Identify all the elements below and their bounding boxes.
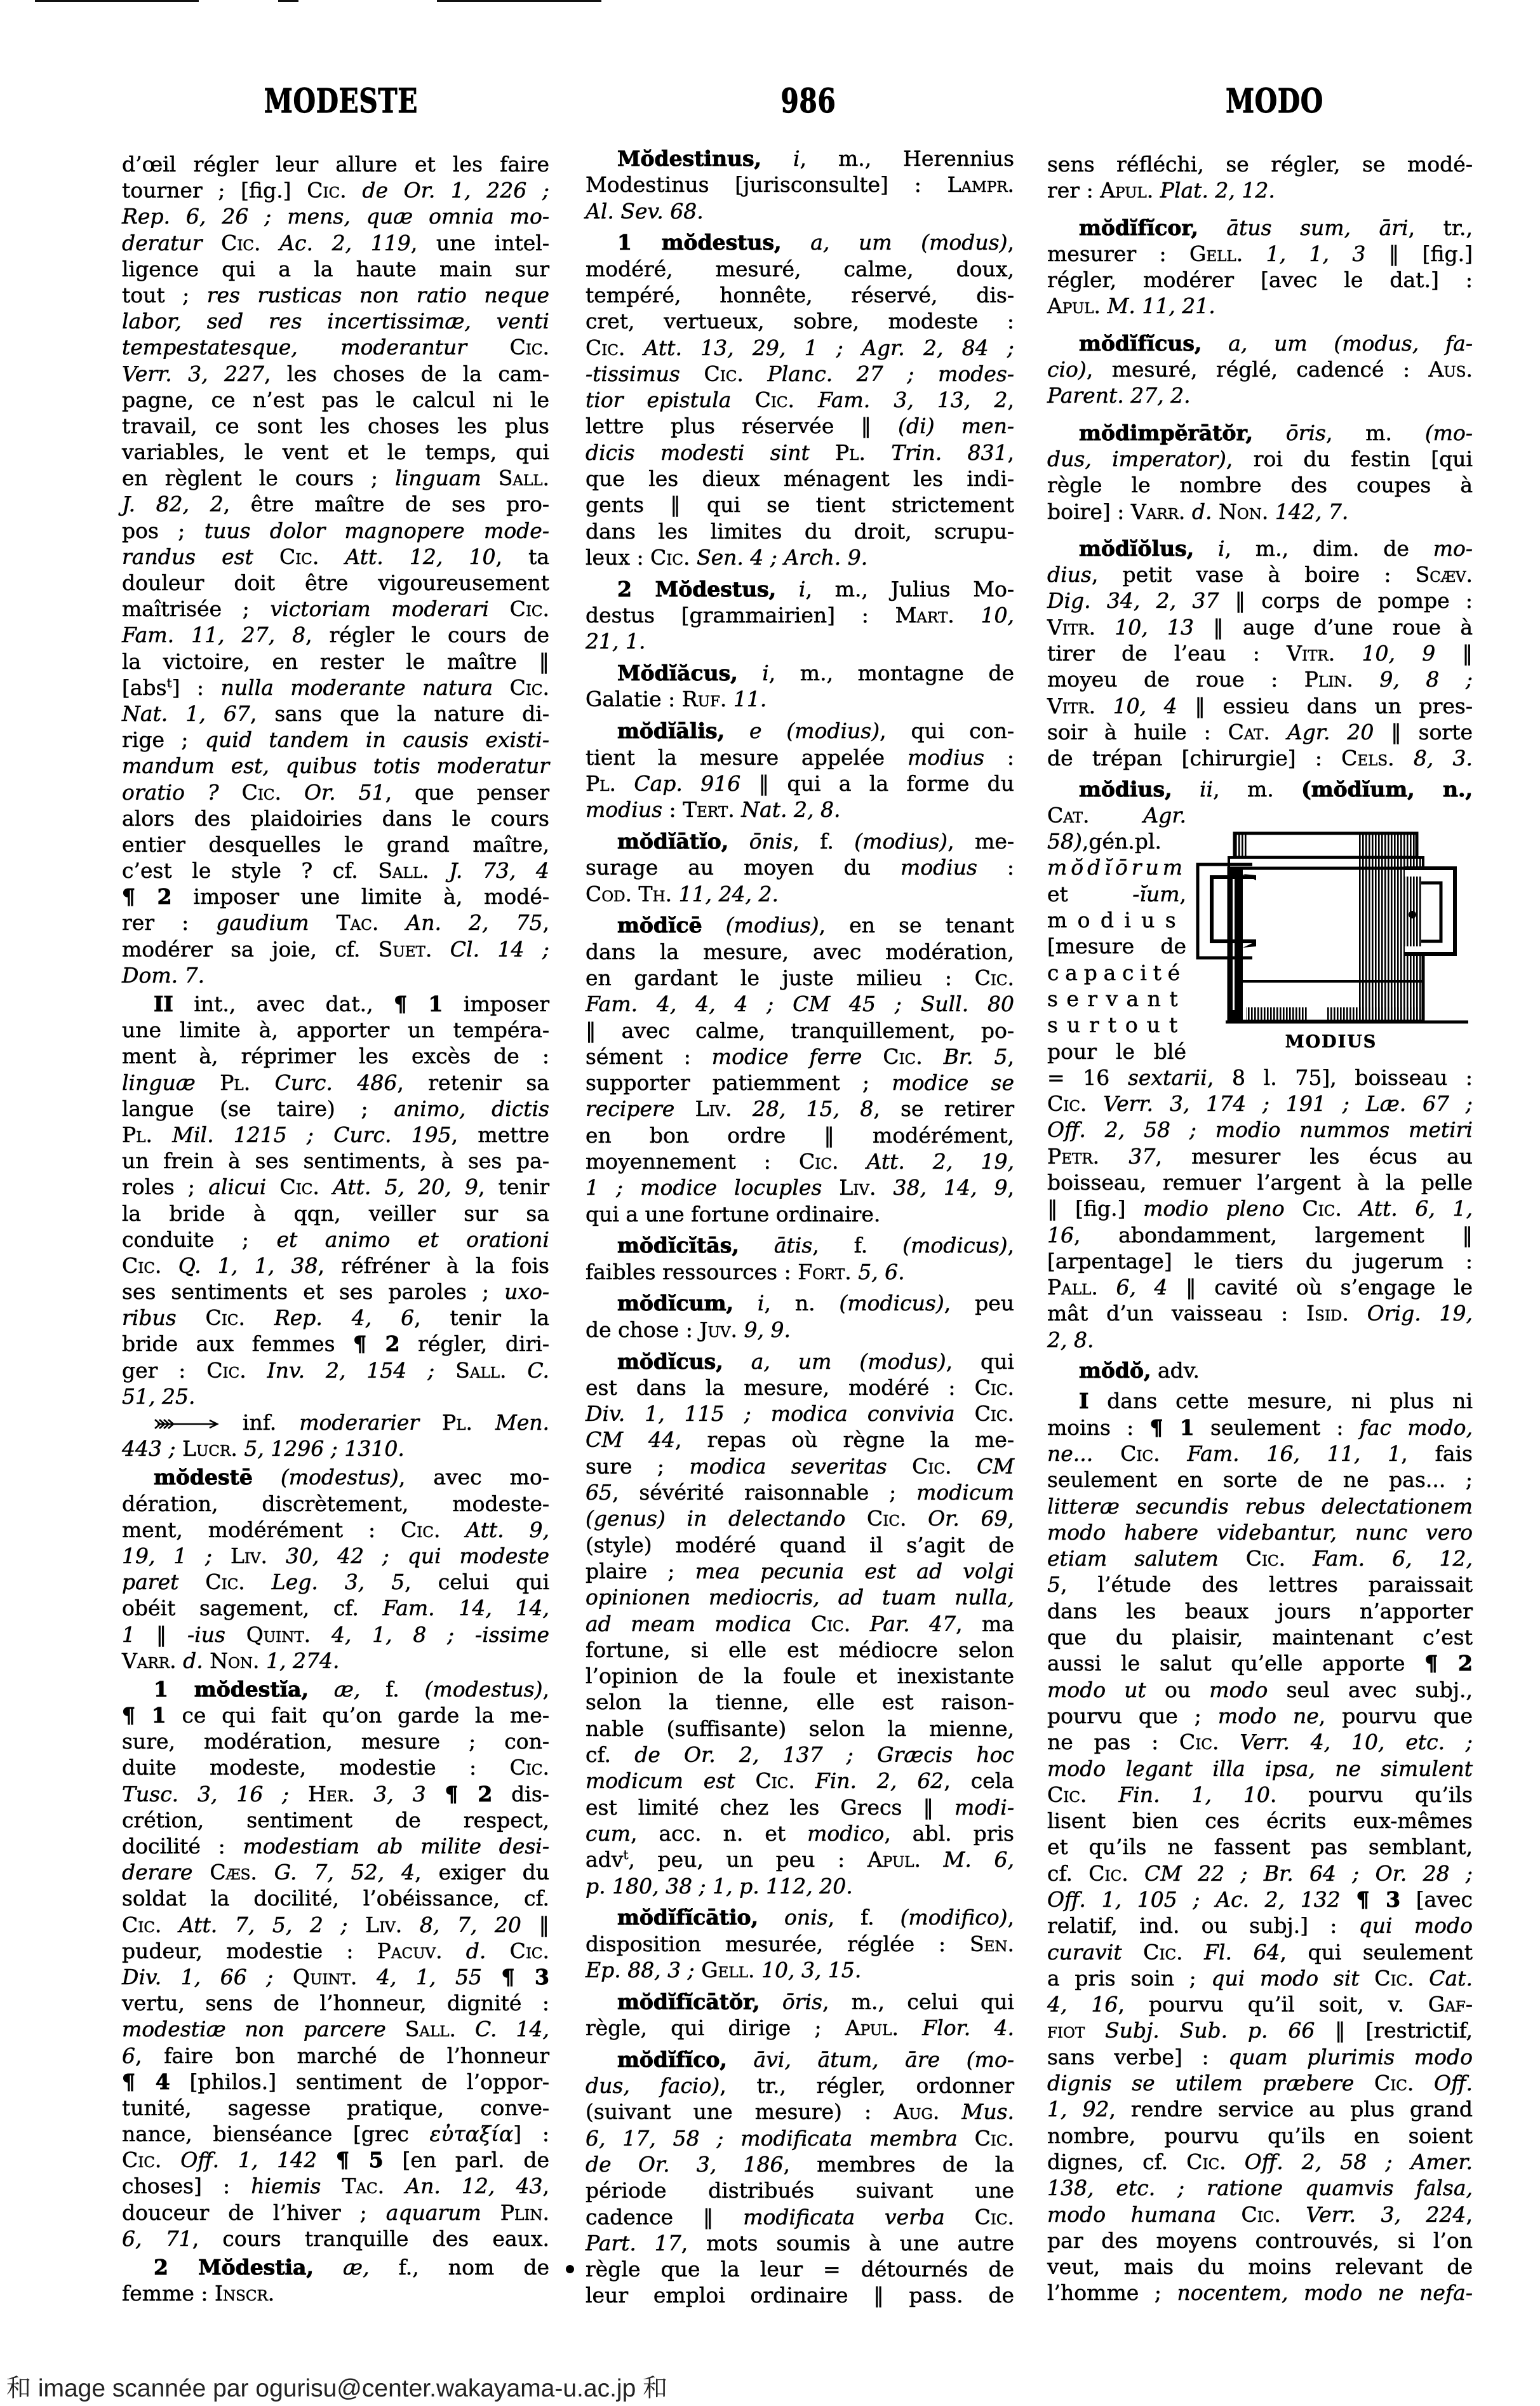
text-run: que les dieux ménagent les indi- (586, 466, 1014, 491)
text-run (266, 1174, 279, 1199)
dictionary-line: cret, vertueux, sobre, modeste : (586, 308, 1014, 334)
line-text: Off. 1, 105 ; Ac. 2, 132 ¶ 3 [avec (1047, 1887, 1473, 1912)
dictionary-line: en gardant le juste milieu : Cic. (586, 965, 1014, 991)
italic-text: ātis (774, 1233, 812, 1258)
text-run: , mesurer les écus au (1155, 1144, 1473, 1169)
italic-text: Div. 1, 66 ; (122, 1965, 273, 1989)
line-text: lisent bien ces écrits eux-mêmes (1047, 1808, 1473, 1833)
line-text: ment à, réprimer les excès de : (122, 1044, 549, 1068)
smallcaps-author: Cic. (811, 1611, 850, 1636)
line-text: 51, 25. (122, 1384, 195, 1409)
italic-text: Off. 2, 58 ; Amer. (1245, 2149, 1473, 2174)
dictionary-line: dus, imperator), roi du festin [qui (1047, 446, 1473, 472)
text-run: ‖ (521, 1912, 549, 1937)
text-run: boire] : (1047, 499, 1131, 524)
text-run: , (1008, 1905, 1015, 1930)
line-text: seulement en sorte de ne pas... ; (1047, 1467, 1473, 1492)
italic-text: 8, 3. (1414, 746, 1473, 770)
text-run (245, 1569, 272, 1594)
italic-text: linguæ (122, 1070, 196, 1095)
smallcaps-author: Cic. (279, 544, 319, 569)
italic-text: An. 2, 75 (406, 910, 542, 935)
line-text: variables, le vent et le temps, qui (122, 440, 549, 464)
line-text: en bon ordre ‖ modérément, (586, 1123, 1014, 1148)
dictionary-line: 1 mŏdestus, a, um (modus), (586, 229, 1014, 255)
dictionary-line: ger : Cic. Inv. 2, 154 ; Sall. C. (122, 1357, 549, 1383)
dictionary-line: Part. 17, mots soumis à une autre (586, 2230, 1014, 2256)
line-text: ribus Cic. Rep. 4, 6, tenir la (122, 1305, 549, 1330)
text-run (289, 1782, 308, 1806)
italic-text: Al. Sev. 68. (586, 199, 704, 224)
dictionary-line: supporter patiemment ; modice se (586, 1070, 1014, 1096)
text-run (309, 910, 337, 935)
italic-text: mo- (1433, 536, 1473, 561)
text-run: ce qui fait qu’on garde la me- (166, 1703, 549, 1728)
dictionary-line: vertu, sens de l’honneur, dignité : (122, 1990, 549, 2016)
text-run (794, 387, 818, 412)
line-text: cum, acc. n. et modico, abl. pris (586, 1821, 1014, 1846)
text-run: en bon ordre ‖ modérément, (586, 1123, 1014, 1148)
italic-text: (di) men- (898, 413, 1014, 438)
italic-text: modicum est (586, 1768, 735, 1793)
line-text: mesurer : Gell. 1, 1, 3 ‖ [fig.] (1047, 241, 1473, 266)
text-run: veut, mais du moins relevant de (1047, 2254, 1473, 2279)
line-text: Cod. Th. 11, 24, 2. (586, 882, 779, 906)
scan-edge-artifact (437, 0, 601, 2)
dictionary-line: Nat. 1, 67, sans que la nature di- (122, 701, 549, 727)
line-text: mandum est, quibus totis moderatur (122, 753, 549, 778)
dictionary-line: de chose : Juv. 9, 9. (586, 1317, 1014, 1343)
italic-text: 2, 8. (1047, 1327, 1094, 1352)
text-run (378, 910, 406, 935)
italic-text: ad meam modica (586, 1611, 791, 1636)
italic-text: āvi, ātum, āre (mo- (754, 2047, 1014, 2072)
italic-text: Br. 5 (944, 1044, 1008, 1069)
italic-text: et animo et orationi (276, 1227, 549, 1252)
smallcaps-author: Lampr. (947, 172, 1014, 197)
line-text: servant (1047, 986, 1186, 1011)
line-text: Cic. Verr. 3, 174 ; 191 ; Læ. 67 ; (1047, 1091, 1473, 1116)
text-run (432, 937, 450, 962)
text-run: tourner ; [fig.] (122, 178, 307, 203)
smallcaps-author: Cic. (755, 387, 794, 412)
line-text: pour le blé (1047, 1039, 1186, 1064)
line-text: mŏdĭcĭtās, ātis, f. (modicus), (617, 1233, 1014, 1258)
smallcaps-author: Petr. (1047, 1144, 1099, 1169)
modius-vessel-illustration (1193, 826, 1472, 1029)
italic-text: 5, 6. (858, 1260, 904, 1284)
line-text: tirer de l’eau : Vitr. 10, 9 ‖ (1047, 641, 1473, 666)
line-text: entier desquelles le grand maître, (122, 832, 549, 857)
text-run (1087, 1091, 1103, 1116)
line-text: d’œil régler leur allure et les faire (122, 152, 549, 177)
italic-text: æ, (334, 1677, 361, 1702)
bold-text: I (1079, 1388, 1088, 1413)
text-run: , f. (828, 1905, 901, 1930)
text-run (260, 1648, 267, 1673)
italic-text: C. 14, (475, 2017, 549, 2041)
text-run: langue (se taire) ; (122, 1096, 394, 1121)
text-run (739, 1233, 774, 1258)
italic-text: animo, dictis (394, 1096, 549, 1121)
dictionary-line: Cic. Verr. 3, 174 ; 191 ; Læ. 67 ; (1047, 1091, 1473, 1117)
line-text: oratio ? Cic. Or. 51, que penser (122, 780, 549, 805)
italic-text: nulla moderante natura (221, 675, 493, 700)
dictionary-line: tunité, sagesse pratique, conve- (122, 2095, 549, 2121)
smallcaps-author: Cic. (586, 335, 625, 360)
dictionary-line: disposition mesurée, réglée : Sen. (586, 1931, 1014, 1957)
line-text: a pris soin ; qui modo sit Cic. Cat. (1047, 1966, 1473, 1991)
dictionary-line: cadence ‖ modificata verba Cic. (586, 2204, 1014, 2230)
italic-text: modestiæ non parcere (122, 2017, 386, 2041)
italic-text: Off. 1, 105 ; Ac. 2, 132 (1047, 1887, 1341, 1912)
text-run (952, 1454, 977, 1479)
line-text: Verr. 3, 227, les choses de la cam- (122, 361, 549, 386)
italic-text: ātus sum, āri (1226, 215, 1408, 240)
bold-text: mŏdĭātĭo, (617, 829, 728, 854)
text-run: , m., celui qui (822, 1989, 1014, 2014)
dictionary-line: 21, 1. (586, 628, 1014, 654)
text-run: (suivant une mesure) : (586, 2099, 894, 2124)
line-text: soir à huile : Cat. Agr. 20 ‖ sorte (1047, 720, 1473, 744)
text-run (1281, 2202, 1306, 2227)
smallcaps-author: Suet. (378, 937, 432, 962)
smallcaps-author: Cic. (1143, 1940, 1182, 1965)
dictionary-line: surtout (1047, 1012, 1186, 1038)
text-run: par des moyens controuvés, si l’on (1047, 2228, 1473, 2253)
dictionary-line: docilité : modestiam ab milite desi- (122, 1833, 549, 1859)
dictionary-line: leux : Cic. Sen. 4 ; Arch. 9. (586, 544, 1014, 570)
line-text: mŏdĭfĭcātio, onis, f. (modifico), (617, 1905, 1014, 1930)
text-run (493, 675, 510, 700)
italic-text: ne... (1047, 1441, 1093, 1466)
italic-text: linguam (395, 466, 481, 490)
line-text: sure ; modica severitas Cic. CM (586, 1454, 1014, 1479)
line-text: Mŏdestinus, i, m., Herennius (617, 146, 1014, 171)
text-run: a pris soin ; (1047, 1966, 1211, 1991)
dictionary-line: entier desquelles le grand maître, (122, 831, 549, 857)
line-text: dignes, cf. Cic. Off. 2, 58 ; Amer. (1047, 2149, 1473, 2174)
text-run: est dans la mesure, modéré : (586, 1375, 975, 1400)
text-run: , m. (1326, 420, 1425, 445)
italic-text: Fl. 64 (1204, 1940, 1280, 1965)
text-run: ] : (513, 2121, 549, 2146)
text-run (273, 1965, 293, 1989)
line-text: (style) modéré quand il s’agit de (586, 1533, 1014, 1557)
line-text: advt, peu, un peu : Apul. M. 6, (586, 1847, 1014, 1872)
italic-text: Att. 12, 10 (345, 544, 496, 569)
dictionary-line: a pris soin ; qui modo sit Cic. Cat. (1047, 1965, 1473, 1991)
italic-text: J. 73, 4 (449, 858, 549, 883)
text-run: modérer sa joie, cf. (122, 937, 378, 962)
text-run: , en se tenant (819, 913, 1014, 938)
line-text: leux : Cic. Sen. 4 ; Arch. 9. (586, 545, 867, 570)
text-run: , tr., régler, ordonner (720, 2073, 1014, 2098)
italic-text: 5 (1047, 1572, 1061, 1597)
text-run: maîtrisée ; (122, 596, 271, 621)
text-run: de trépan [chirurgie] : (1047, 746, 1341, 770)
text-run: [en parl. de (384, 2147, 549, 2172)
text-run (202, 231, 221, 255)
line-text: Pl. Cap. 916 ‖ qui a la forme du (586, 771, 1014, 796)
smallcaps-author: Cic. (1120, 1441, 1160, 1466)
line-text: p. 180, 38 ; 1, p. 112, 20. (586, 1874, 853, 1899)
smallcaps-author: Tert. (683, 797, 735, 822)
dictionary-line: boire] : Varr. d. Non. 142, 7. (1047, 499, 1473, 525)
text-run: ne pas : (1047, 1730, 1179, 1754)
smallcaps-author: Quint. (246, 1622, 311, 1647)
text-run: , cours tranquille des eaux. (192, 2226, 549, 2251)
text-run (723, 1349, 751, 1374)
text-run (261, 231, 280, 255)
italic-text: -tissimus (586, 361, 680, 386)
text-run (440, 1517, 465, 1542)
line-text: mŏdĭcē (modius), en se tenant (617, 913, 1014, 938)
dictionary-line: surage au moyen du modius : (586, 854, 1014, 880)
right-guide-word: MODO (1226, 83, 1323, 121)
italic-text: nocentem, modo ne nefa- (1177, 2280, 1473, 2305)
italic-text: Men. (495, 1410, 549, 1435)
text-run: entier desquelles le grand maître, (122, 832, 549, 857)
dictionary-line: ment à, réprimer les excès de : (122, 1043, 549, 1069)
text-run (317, 2147, 336, 2172)
text-run (923, 1044, 944, 1069)
text-run: lettre plus réservée ‖ (586, 413, 898, 438)
dictionary-line: Div. 1, 66 ; Quint. 4, 1, 55 ¶ 3 (122, 1964, 549, 1990)
italic-text: quam plurimis modo (1228, 2045, 1473, 2069)
italic-text: Fam. 11, 27, 8 (122, 622, 305, 647)
text-run (178, 1569, 205, 1594)
text-run (1095, 694, 1113, 718)
text-run: pagne, ce n’est pas le calcul ni le (122, 387, 549, 412)
text-run: tirer de l’eau : (1047, 641, 1287, 666)
dictionary-line: mŏdĭfĭcātŏr, ōris, m., celui qui (586, 1989, 1014, 2015)
dictionary-line: Apul. M. 11, 21. (1047, 293, 1473, 319)
italic-text: Dig. 34, 2, 37 (1047, 588, 1219, 613)
line-text: en règlent le cours ; linguam Sall. (122, 466, 549, 490)
dictionary-line: un frein à ses sentiments, à ses pa- (122, 1148, 549, 1174)
italic-text: 142, 7. (1275, 499, 1348, 524)
italic-text: 10, 4 (1113, 694, 1177, 718)
italic-text: Fam. 3, 13, 2 (818, 387, 1007, 412)
text-run: , que penser (385, 780, 549, 805)
smallcaps-author: Her. (308, 1782, 354, 1806)
text-run: nombre, pourvu qu’ils en soient (1047, 2123, 1473, 2148)
text-run: boisseau, remuer l’argent à la pelle (1047, 1170, 1473, 1195)
text-run (267, 1543, 286, 1568)
column-1: d’œil régler leur allure et les fairetou… (122, 151, 549, 2306)
italic-text: G. 7, 52, 4 (274, 1860, 415, 1885)
italic-text: (modius) (726, 913, 819, 938)
line-text: moins : ¶ 1 seulement : fac modo, (1047, 1415, 1473, 1440)
line-text: nance, bienséance [grec εὐταξία] : (122, 2121, 549, 2146)
italic-text: 443 ; (122, 1436, 176, 1461)
line-text: 2 Mŏdestus, i, m., Julius Mo- (617, 577, 1014, 601)
line-text: Parent. 27, 2. (1047, 383, 1191, 408)
smallcaps-author: Cic. (1088, 1861, 1128, 1886)
figure-caption: MODIUS (1285, 1033, 1377, 1052)
text-run: la bride à qqn, veiller sur sa (122, 1201, 549, 1226)
text-run: , m., dim. de (1225, 536, 1433, 561)
line-text: modestiæ non parcere Sall. C. 14, (122, 2017, 549, 2041)
line-text: nable (suffisante) selon la mienne, (586, 1716, 1014, 1741)
smallcaps-author: Cic. (650, 545, 690, 570)
italic-text: modice se (892, 1070, 1014, 1095)
bold-text: ¶ 1 (122, 1703, 166, 1728)
text-run (1285, 1196, 1302, 1221)
dictionary-line: relatif, ind. ou subj.] : qui modo (1047, 1912, 1473, 1939)
dictionary-line: mŏdĭfĭcor, ātus sum, āri, tr., (1047, 215, 1473, 241)
dictionary-line: modius (1047, 907, 1186, 933)
italic-text: Ac. 2, 119 (279, 231, 411, 255)
italic-text: i (1218, 536, 1225, 561)
italic-text: aquarum (386, 2200, 481, 2225)
italic-text: modo (1209, 1677, 1268, 1702)
line-text: 138, etc. ; ratione quamvis falsa, (1047, 2175, 1473, 2200)
text-run: que du plaisir, maintenant c’est (1047, 1625, 1473, 1650)
italic-text: sextarii (1128, 1065, 1207, 1090)
text-run (876, 1175, 893, 1200)
line-text: dans la mesure, avec modération, (586, 939, 1014, 964)
line-text: randus est Cic. Att. 12, 10, ta (122, 544, 549, 569)
line-text: 58),gén.pl. (1047, 829, 1162, 854)
text-run (1354, 2071, 1374, 2095)
line-text: dicis modesti sint Pl. Trin. 831, (586, 440, 1014, 465)
line-text: rige ; quid tandem in causis existi- (122, 727, 549, 752)
bold-text: mŏdĭcē (617, 913, 702, 938)
line-text: deratur Cic. Ac. 2, 119, une intel- (122, 231, 549, 255)
text-run: règle le nombre des coupes à (1047, 473, 1473, 497)
dictionary-line: CM 44, repas où règne la me- (586, 1427, 1014, 1453)
smallcaps-author: Cic. (975, 1401, 1014, 1426)
bold-text: mŏdius, (1079, 777, 1172, 802)
italic-text: 58) (1047, 829, 1082, 854)
line-text: de chose : Juv. 9, 9. (586, 1317, 791, 1342)
italic-text: Planc. 27 ; modes- (768, 361, 1014, 386)
text-run: en gardant le juste milieu : (586, 965, 975, 990)
dictionary-line: 6, 17, 58 ; modificata membra Cic. (586, 2125, 1014, 2151)
line-text: et qu’ils ne fassent pas semblant, (1047, 1834, 1473, 1859)
text-run: , exiger du (415, 1860, 549, 1885)
dictionary-line: c’est le style ? cf. Sall. J. 73, 4 (122, 857, 549, 884)
italic-text: d. (183, 1648, 203, 1673)
smallcaps-author: Plin. (500, 2200, 549, 2225)
italic-text: Part. 17 (586, 2231, 681, 2255)
text-run (1093, 1441, 1120, 1466)
text-run: bride aux femmes (122, 1331, 353, 1356)
smallcaps-author: Apul. (845, 2015, 899, 2040)
dictionary-line: nable (suffisante) selon la mienne, (586, 1716, 1014, 1742)
text-run (384, 2174, 405, 2198)
text-run: cf. (1047, 1861, 1088, 1886)
text-run: dans la mesure, avec modération, (586, 939, 1014, 964)
text-run (219, 780, 242, 805)
text-run: [philos.] sentiment de l’oppor- (170, 2069, 549, 2094)
text-run (161, 1912, 179, 1937)
dictionary-line: dicis modesti sint Pl. Trin. 831, (586, 440, 1014, 466)
line-text: disposition mesurée, réglée : Sen. (586, 1932, 1014, 1956)
text-run: : (977, 855, 1014, 880)
italic-text: Curc. 486 (275, 1070, 398, 1095)
italic-text: 10, 3, 15. (761, 1958, 861, 1982)
italic-text: 10, 9 (1362, 641, 1436, 666)
smallcaps-author: Cic. (1241, 2202, 1280, 2227)
italic-text: Rep. 6, 26 ; mens, quæ omnia mo- (122, 204, 549, 229)
text-run: tunité, sagesse pratique, conve- (122, 2095, 549, 2120)
text-run (1153, 178, 1160, 203)
dictionary-line: (style) modéré quand il s’agit de (586, 1532, 1014, 1558)
dictionary-line: de trépan [chirurgie] : Cels. 8, 3. (1047, 745, 1473, 771)
text-run: dis- (492, 1782, 549, 1806)
line-text: sans verbe] : quam plurimis modo (1047, 2045, 1473, 2069)
italic-text: res rusticas non ratio neque (207, 283, 549, 307)
text-run: ‖ essieu dans un pres- (1177, 694, 1473, 718)
dictionary-line: capacité (1047, 960, 1186, 986)
italic-text: Orig. 19, (1367, 1301, 1473, 1326)
line-text: modérer sa joie, cf. Suet. Cl. 14 ; (122, 937, 549, 962)
italic-text: deratur (122, 231, 202, 255)
text-run (1219, 1730, 1240, 1754)
line-text: modo humana Cic. Verr. 3, 224, (1047, 2202, 1473, 2227)
smallcaps-author: Liv. (695, 1096, 732, 1121)
dictionary-line: 138, etc. ; ratione quamvis falsa, (1047, 2175, 1473, 2201)
left-guide-word: MODESTE (264, 83, 418, 121)
line-text: mŏdius, ii, m. (mŏdĭum, n., (1079, 777, 1473, 802)
line-text: 1, 92, rendre service au plus grand (1047, 2097, 1473, 2121)
dictionary-line: etiam salutem Cic. Fam. 6, 12, (1047, 1545, 1473, 1571)
dictionary-line: sure, modération, mesure ; con- (122, 1728, 549, 1754)
line-text: Cic. Att. 7, 5, 2 ; Liv. 8, 7, 20 ‖ (122, 1912, 549, 1937)
italic-text: 38, 14, 9 (894, 1175, 1008, 1200)
dictionary-line: Modestinus [jurisconsulte] : Lampr. (586, 171, 1014, 198)
italic-text: Subj. Sub. p. 66 (1105, 2018, 1315, 2043)
smallcaps-author: Cic. (755, 1768, 794, 1793)
text-run: f. (360, 1677, 424, 1702)
line-text: J. 82, 2, être maître de ses pro- (122, 492, 549, 516)
text-run: , m., Julius Mo- (805, 577, 1014, 601)
italic-text: modo humana (1047, 2202, 1216, 2227)
line-text: et -ĭum, (1047, 882, 1186, 906)
text-run: , (1008, 1233, 1015, 1258)
italic-text: 6 (122, 2043, 135, 2068)
bold-text: mŏdimpĕrātŏr, (1079, 420, 1253, 445)
italic-text: dus, imperator) (1047, 447, 1226, 471)
dictionary-line: recipere Liv. 28, 15, 8, se retirer (586, 1096, 1014, 1122)
dictionary-line: ribus Cic. Rep. 4, 6, tenir la (122, 1305, 549, 1331)
italic-text: Cap. 916 (634, 771, 740, 796)
line-text: modéré, mesuré, calme, doux, (586, 257, 1014, 281)
dictionary-line: la bride à qqn, veiller sur sa (122, 1200, 549, 1227)
italic-text: ōris (1286, 420, 1326, 445)
dictionary-line: que les dieux ménagent les indi- (586, 466, 1014, 492)
dictionary-line: pourvu que ; modo ne, pourvu que (1047, 1703, 1473, 1729)
dictionary-line: fortune, si elle est médiocre selon (586, 1637, 1014, 1663)
italic-text: de Or. 3, 186 (586, 2152, 783, 2177)
italic-text: 4, 1, 8 ; -issime (331, 1622, 549, 1647)
text-run: sément : (586, 1044, 712, 1069)
text-run (489, 596, 510, 621)
dictionary-line: pos ; tuus dolor magnopere mode- (122, 518, 549, 544)
dictionary-line: roles ; alicui Cic. Att. 5, 20, 9, tenir (122, 1174, 549, 1200)
text-run: cf. (586, 1742, 634, 1767)
line-text: ¶ 1 ce qui fait qu’on garde la me- (122, 1703, 549, 1728)
line-text: ligence qui a la haute main sur (122, 257, 549, 281)
smallcaps-author: Cic. (510, 675, 549, 700)
text-run: et qu’ils ne fassent pas semblant, (1047, 1834, 1473, 1859)
text-run: choses] : (122, 2174, 251, 2198)
italic-text: 6, 17, 58 ; modificata membra (586, 2126, 958, 2151)
italic-text: 8, 7, 20 (420, 1912, 521, 1937)
